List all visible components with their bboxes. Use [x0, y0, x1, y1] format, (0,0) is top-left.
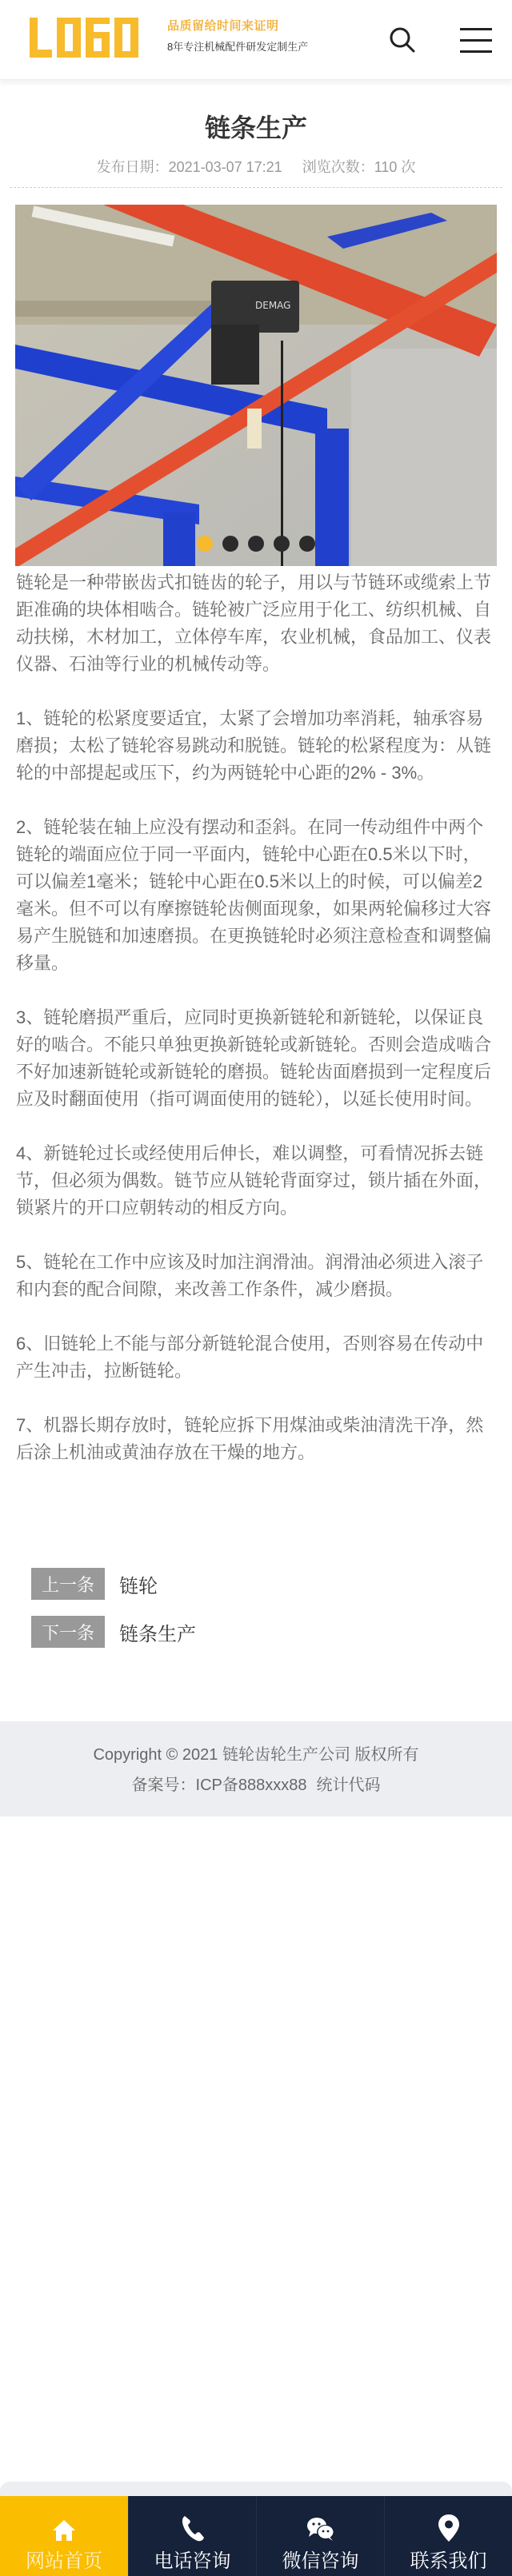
slider-dot-2[interactable] [222, 536, 238, 552]
bottom-nav-shadow [0, 2482, 512, 2496]
prev-article-link[interactable]: 链轮 [119, 1570, 158, 1598]
bottom-nav: 网站首页 电话咨询 微信咨询 [0, 2496, 512, 2576]
slide-image: DEMAG [15, 205, 497, 566]
next-article-link[interactable]: 链条生产 [119, 1618, 196, 1646]
article-title: 链条生产 [0, 110, 512, 146]
view-count: 浏览次数：110 次 [302, 159, 416, 175]
next-label: 下一条 [31, 1616, 105, 1648]
paragraph-6: 6、旧链轮上不能与部分新链轮混合使用，否则容易在传动中产生冲击，拉断链轮。 [16, 1330, 496, 1385]
slider-dot-3[interactable] [248, 536, 264, 552]
views-value: 110 [374, 159, 398, 175]
views-unit: 次 [401, 159, 415, 175]
icp-link[interactable]: 备案号：ICP备888xxx88 [132, 1776, 307, 1794]
logo-letter-l [30, 18, 52, 58]
next-article: 下一条 链条生产 [31, 1616, 479, 1648]
nav-phone[interactable]: 电话咨询 [128, 2496, 256, 2576]
slogan: 品质留给时间来证明 8年专注机械配件研发定制生产 [167, 18, 308, 56]
search-button[interactable] [385, 24, 420, 56]
nav-wechat[interactable]: 微信咨询 [256, 2496, 384, 2576]
paragraph-4: 4、新链轮过长或经使用后伸长，难以调整，可看情况拆去链节，但必须为偶数。链节应从… [16, 1140, 496, 1222]
paragraph-2: 2、链轮装在轴上应没有摆动和歪斜。在同一传动组件中两个链轮的端面应位于同一平面内… [16, 814, 496, 977]
nav-phone-label: 电话咨询 [154, 2549, 231, 2574]
publish-label: 发布日期： [97, 159, 169, 175]
svg-text:DEMAG: DEMAG [255, 300, 290, 311]
prev-label: 上一条 [31, 1568, 105, 1600]
slider-pagination [15, 536, 497, 552]
site-header: 品质留给时间来证明 8年专注机械配件研发定制生产 [0, 0, 512, 80]
location-pin-icon [438, 2514, 460, 2542]
dashed-divider [10, 187, 502, 188]
nav-wechat-label: 微信咨询 [282, 2549, 359, 2574]
publish-value: 2021-03-07 17:21 [169, 159, 282, 175]
search-icon [386, 24, 418, 56]
paragraph-7: 7、机器长期存放时，链轮应拆下用煤油或柴油清洗干净，然后涂上机油或黄油存放在干燥… [16, 1412, 496, 1466]
stats-code[interactable]: 统计代码 [316, 1776, 380, 1794]
slogan-main: 品质留给时间来证明 [167, 18, 308, 35]
nav-home-label: 网站首页 [26, 2549, 102, 2574]
logo[interactable] [30, 18, 142, 58]
publish-date: 发布日期：2021-03-07 17:21 [97, 159, 282, 175]
nav-contact-label: 联系我们 [410, 2549, 487, 2574]
image-slider[interactable]: DEMAG [15, 205, 497, 566]
slider-dot-1[interactable] [197, 536, 213, 552]
paragraph-intro: 链轮是一种带嵌齿式扣链齿的轮子，用以与节链环或缆索上节距准确的块体相啮合。链轮被… [16, 569, 496, 678]
article-meta: 发布日期：2021-03-07 17:21 浏览次数：110 次 [0, 157, 512, 177]
home-icon [51, 2518, 77, 2542]
prev-article: 上一条 链轮 [31, 1568, 479, 1600]
hamburger-menu-icon [459, 26, 493, 54]
slogan-sub: 8年专注机械配件研发定制生产 [167, 38, 308, 56]
logo-letter-o [57, 18, 81, 58]
nav-contact[interactable]: 联系我们 [384, 2496, 512, 2576]
logo-letter-g [86, 18, 110, 58]
menu-button[interactable] [458, 24, 494, 56]
icp-line: 备案号：ICP备888xxx88统计代码 [0, 1773, 512, 1797]
logo-letter-o2 [114, 18, 138, 58]
copyright: Copyright © 2021 链轮齿轮生产公司 版权所有 [0, 1743, 512, 1767]
paragraph-1: 1、链轮的松紧度要适宜，太紧了会增加功率消耗，轴承容易磨损；太松了链轮容易跳动和… [16, 705, 496, 787]
slider-dot-4[interactable] [274, 536, 290, 552]
views-label: 浏览次数： [302, 159, 374, 175]
site-footer: Copyright © 2021 链轮齿轮生产公司 版权所有 备案号：ICP备8… [0, 1721, 512, 1816]
paragraph-3: 3、链轮磨损严重后，应同时更换新链轮和新链轮，以保证良好的啮合。不能只单独更换新… [16, 1004, 496, 1113]
paragraph-5: 5、链轮在工作中应该及时加注润滑油。润滑油必须进入滚子和内套的配合间隙，来改善工… [16, 1249, 496, 1303]
article-body: 链轮是一种带嵌齿式扣链齿的轮子，用以与节链环或缆索上节距准确的块体相啮合。链轮被… [16, 569, 496, 1493]
slider-dot-5[interactable] [299, 536, 315, 552]
nav-home[interactable]: 网站首页 [0, 2496, 128, 2576]
wechat-icon [306, 2515, 336, 2542]
phone-icon [180, 2514, 206, 2542]
